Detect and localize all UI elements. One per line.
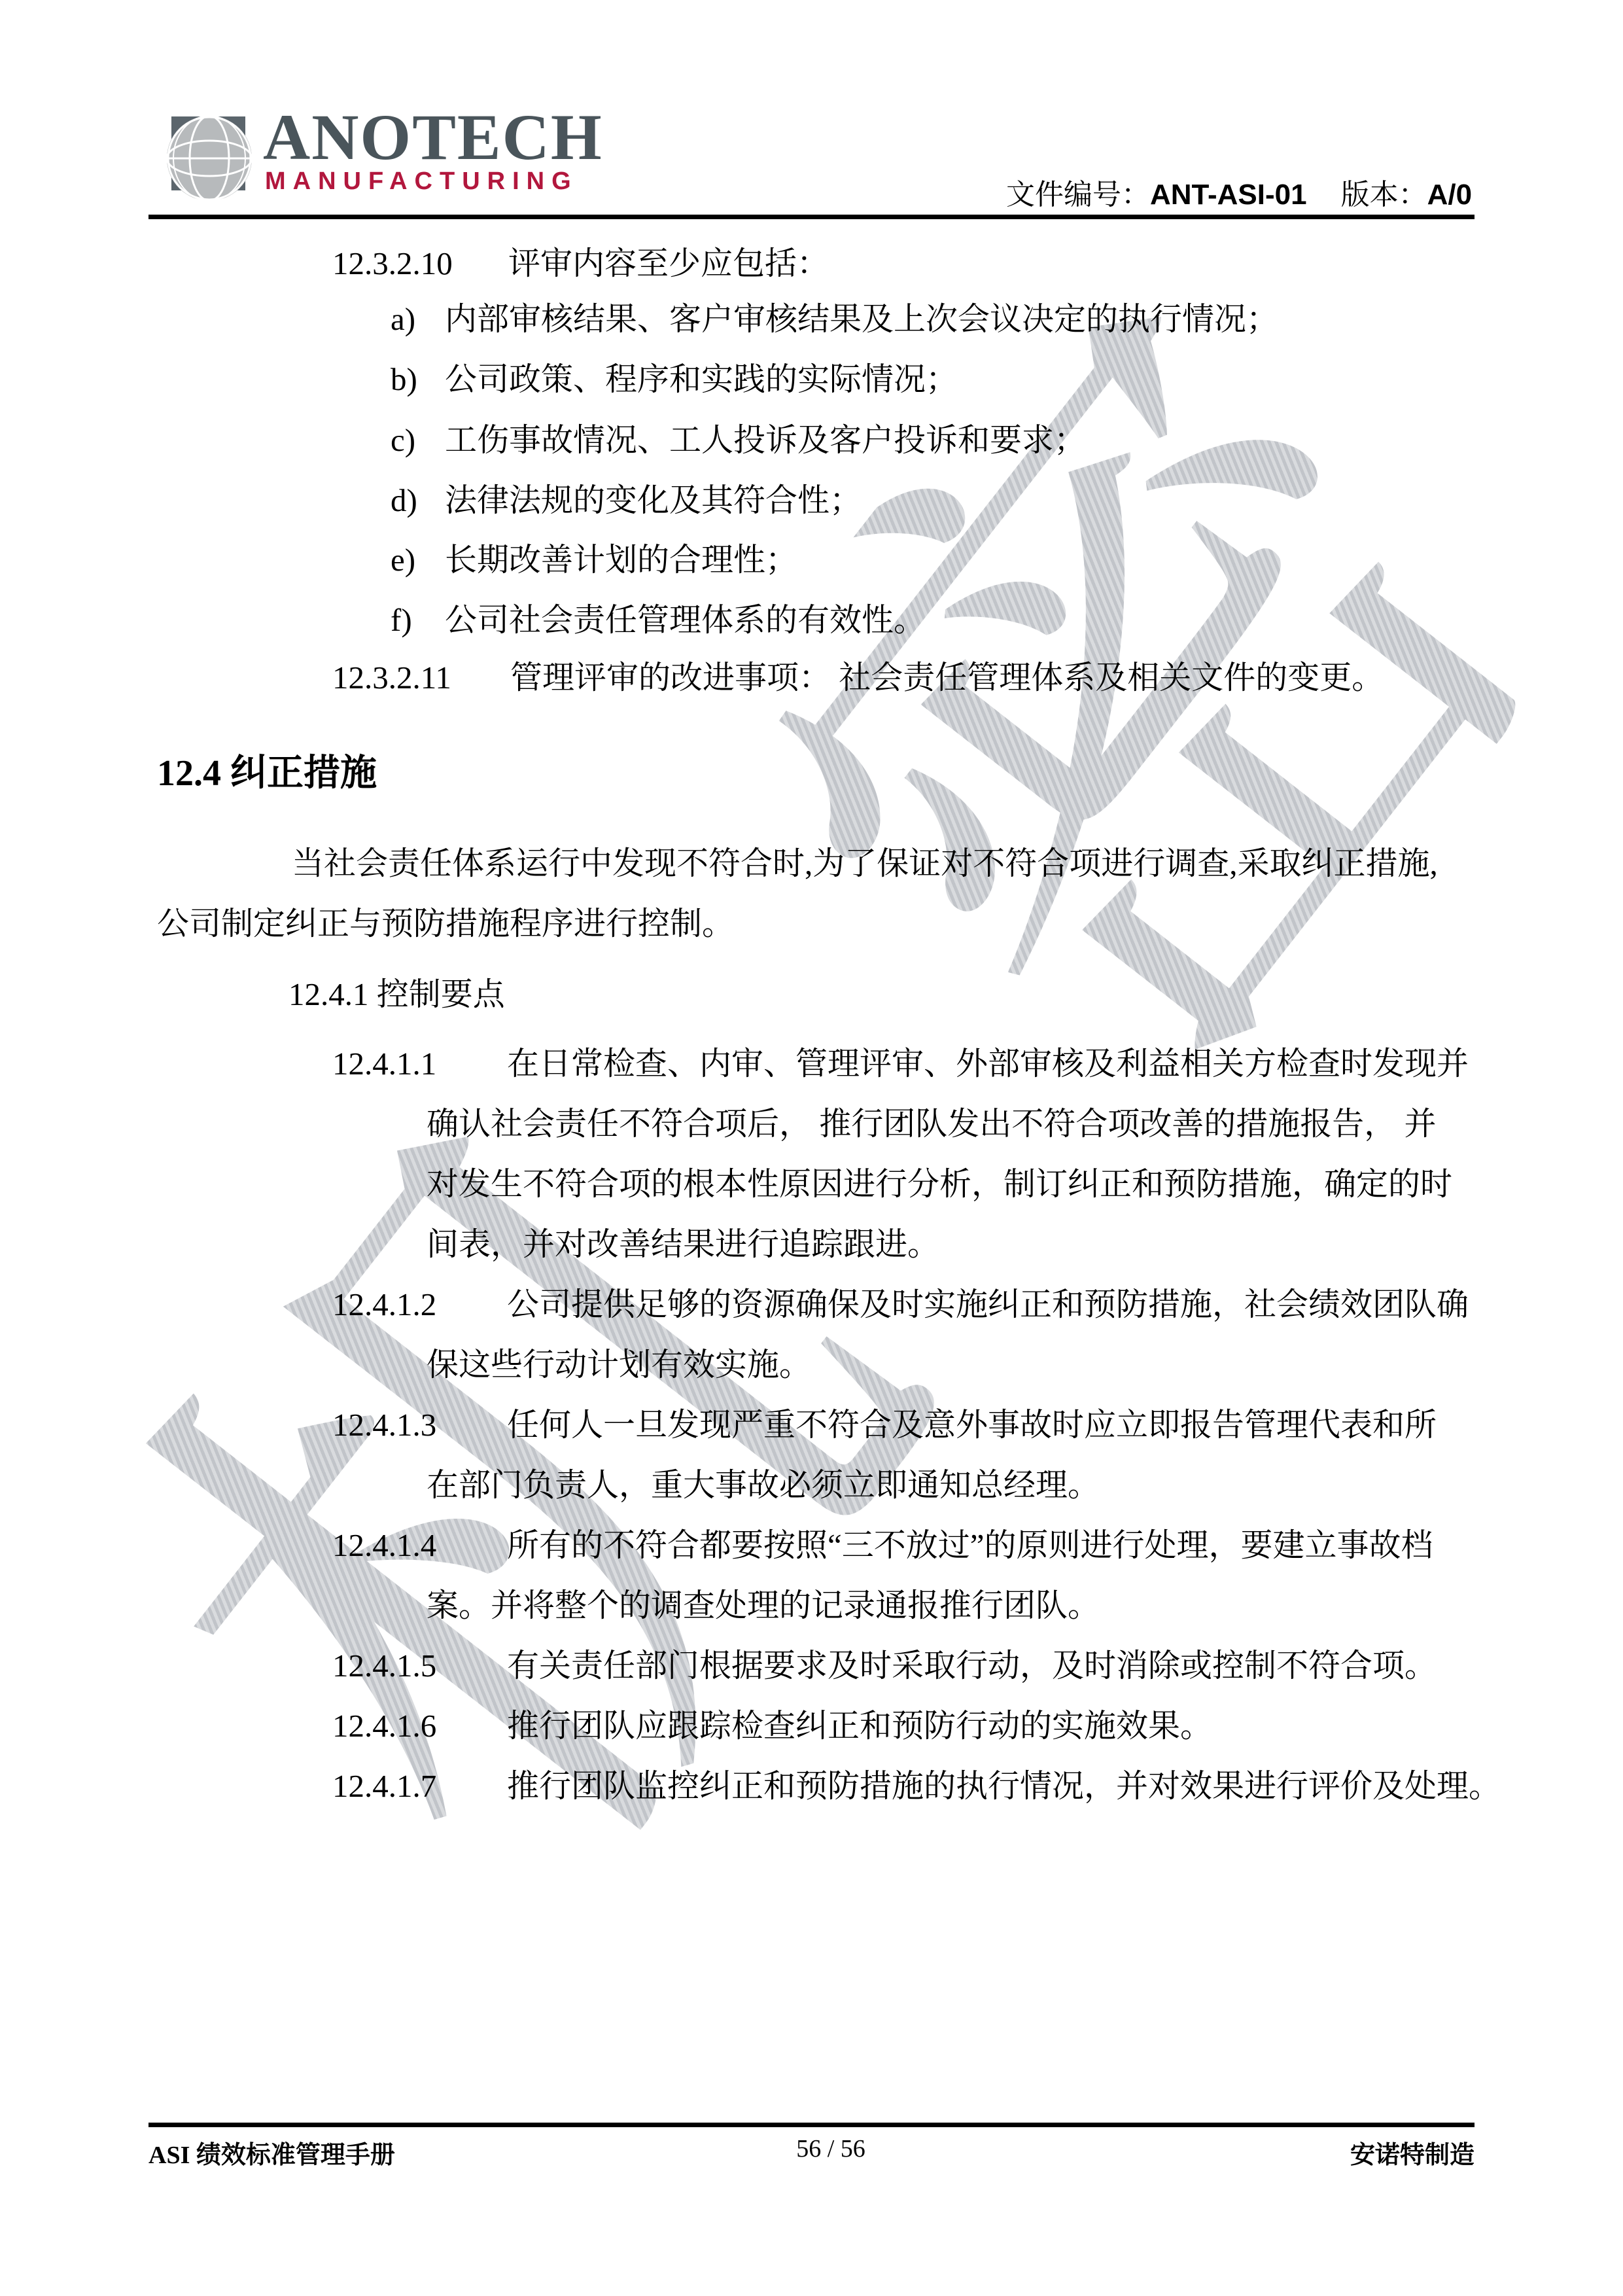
- body-text: 12.4.1.3: [332, 1407, 436, 1443]
- body-text: 任何人一旦发现严重不符合及意外事故时应立即报告管理代表和所: [507, 1407, 1437, 1443]
- body-text: 工伤事故情况、工人投诉及客户投诉和要求；: [445, 422, 1086, 459]
- body-line: 12.4.1.2公司提供足够的资源确保及时实施纠正和预防措施，社会绩效团队确: [0, 1286, 1623, 1327]
- body-text: c): [391, 422, 415, 459]
- body-text: 12.3.2.10: [332, 245, 453, 282]
- body-text: 确认社会责任不符合项后， 推行团队发出不符合项改善的措施报告， 并: [427, 1106, 1437, 1142]
- footer-page-number: 56 / 56: [733, 2134, 929, 2163]
- body-lines: 12.3.2.10评审内容至少应包括：a)内部审核结果、客户审核结果及上次会议决…: [0, 0, 1623, 2296]
- body-text: 在部门负责人，重大事故必须立即通知总经理。: [427, 1467, 1100, 1504]
- body-text: 对发生不符合项的根本性原因进行分析，制订纠正和预防措施，确定的时: [427, 1166, 1452, 1203]
- body-line: 12.4.1 控制要点: [0, 976, 1623, 1017]
- body-text: 当社会责任体系运行中发现不符合时,为了保证对不符合项进行调查,采取纠正措施,: [292, 845, 1438, 882]
- body-line: e)长期改善计划的合理性；: [0, 542, 1623, 582]
- body-line: 间表，并对改善结果进行追踪跟进。: [0, 1226, 1623, 1267]
- body-text: 评审内容至少应包括：: [508, 245, 829, 282]
- body-line: 12.4 纠正措施: [0, 752, 1623, 793]
- body-line: 当社会责任体系运行中发现不符合时,为了保证对不符合项进行调查,采取纠正措施,: [0, 845, 1623, 886]
- body-line: 12.4.1.6推行团队应跟踪检查纠正和预防行动的实施效果。: [0, 1708, 1623, 1748]
- body-text: 有关责任部门根据要求及时采取行动，及时消除或控制不符合项。: [507, 1648, 1437, 1684]
- body-line: c)工伤事故情况、工人投诉及客户投诉和要求；: [0, 422, 1623, 463]
- body-line: 12.4.1.3任何人一旦发现严重不符合及意外事故时应立即报告管理代表和所: [0, 1407, 1623, 1447]
- body-text: 在日常检查、内审、管理评审、外部审核及利益相关方检查时发现并: [507, 1046, 1469, 1082]
- body-text: 12.4.1.6: [332, 1708, 436, 1744]
- body-text: 公司提供足够的资源确保及时实施纠正和预防措施，社会绩效团队确: [507, 1286, 1469, 1323]
- footer-rule: [148, 2123, 1475, 2127]
- body-text: 推行团队应跟踪检查纠正和预防行动的实施效果。: [507, 1708, 1212, 1744]
- body-line: 12.3.2.10评审内容至少应包括：: [0, 245, 1623, 286]
- body-text: f): [391, 602, 412, 639]
- body-line: 12.3.2.11管理评审的改进事项： 社会责任管理体系及相关文件的变更。: [0, 660, 1623, 700]
- body-text: 所有的不符合都要按照“三不放过”的原则进行处理，要建立事故档: [507, 1527, 1433, 1564]
- body-text: 长期改善计划的合理性；: [445, 542, 797, 578]
- footer-manual-title: ASI 绩效标准管理手册: [148, 2134, 395, 2170]
- body-line: 确认社会责任不符合项后， 推行团队发出不符合项改善的措施报告， 并: [0, 1106, 1623, 1146]
- footer-company-name: 安诺特制造: [1350, 2134, 1475, 2170]
- body-text: 案。并将整个的调查处理的记录通报推行团队。: [427, 1587, 1100, 1624]
- body-text: 12.4.1 控制要点: [288, 976, 505, 1013]
- document-page: 机密 ANOTECH MANUFACTURING 文件编号：ANT-ASI-01…: [0, 0, 1623, 2296]
- body-line: f)公司社会责任管理体系的有效性。: [0, 602, 1623, 643]
- body-text: 公司政策、程序和实践的实际情况；: [445, 361, 958, 398]
- body-text: 间表，并对改善结果进行追踪跟进。: [427, 1226, 939, 1263]
- body-text: e): [391, 542, 415, 578]
- body-text: 12.4.1.4: [332, 1527, 436, 1564]
- body-text: 12.4 纠正措施: [157, 752, 377, 794]
- body-text: b): [391, 361, 417, 398]
- body-text: 12.4.1.2: [332, 1286, 436, 1323]
- body-line: 12.4.1.1在日常检查、内审、管理评审、外部审核及利益相关方检查时发现并: [0, 1046, 1623, 1086]
- body-text: a): [391, 301, 415, 338]
- body-text: 管理评审的改进事项： 社会责任管理体系及相关文件的变更。: [510, 660, 1384, 696]
- body-line: d)法律法规的变化及其符合性；: [0, 482, 1623, 523]
- body-line: 在部门负责人，重大事故必须立即通知总经理。: [0, 1467, 1623, 1508]
- body-text: 12.4.1.7: [332, 1768, 436, 1805]
- body-line: 12.4.1.7推行团队监控纠正和预防措施的执行情况，并对效果进行评价及处理。: [0, 1768, 1623, 1809]
- body-line: 12.4.1.4所有的不符合都要按照“三不放过”的原则进行处理，要建立事故档: [0, 1527, 1623, 1568]
- body-text: 12.4.1.5: [332, 1648, 436, 1684]
- body-line: 对发生不符合项的根本性原因进行分析，制订纠正和预防措施，确定的时: [0, 1166, 1623, 1207]
- body-text: 推行团队监控纠正和预防措施的执行情况，并对效果进行评价及处理。: [507, 1768, 1501, 1805]
- body-line: 案。并将整个的调查处理的记录通报推行团队。: [0, 1587, 1623, 1628]
- body-line: b)公司政策、程序和实践的实际情况；: [0, 361, 1623, 402]
- body-text: 12.3.2.11: [332, 660, 451, 696]
- body-line: a)内部审核结果、客户审核结果及上次会议决定的执行情况；: [0, 301, 1623, 342]
- body-text: 公司制定纠正与预防措施程序进行控制。: [157, 906, 734, 942]
- body-line: 公司制定纠正与预防措施程序进行控制。: [0, 906, 1623, 946]
- body-text: 公司社会责任管理体系的有效性。: [445, 602, 926, 639]
- body-text: 法律法规的变化及其符合性；: [445, 482, 862, 519]
- body-line: 保这些行动计划有效实施。: [0, 1347, 1623, 1387]
- body-line: 12.4.1.5有关责任部门根据要求及时采取行动，及时消除或控制不符合项。: [0, 1648, 1623, 1688]
- body-text: 内部审核结果、客户审核结果及上次会议决定的执行情况；: [445, 301, 1278, 338]
- body-text: 12.4.1.1: [332, 1046, 436, 1082]
- body-text: d): [391, 482, 417, 519]
- body-text: 保这些行动计划有效实施。: [427, 1347, 811, 1383]
